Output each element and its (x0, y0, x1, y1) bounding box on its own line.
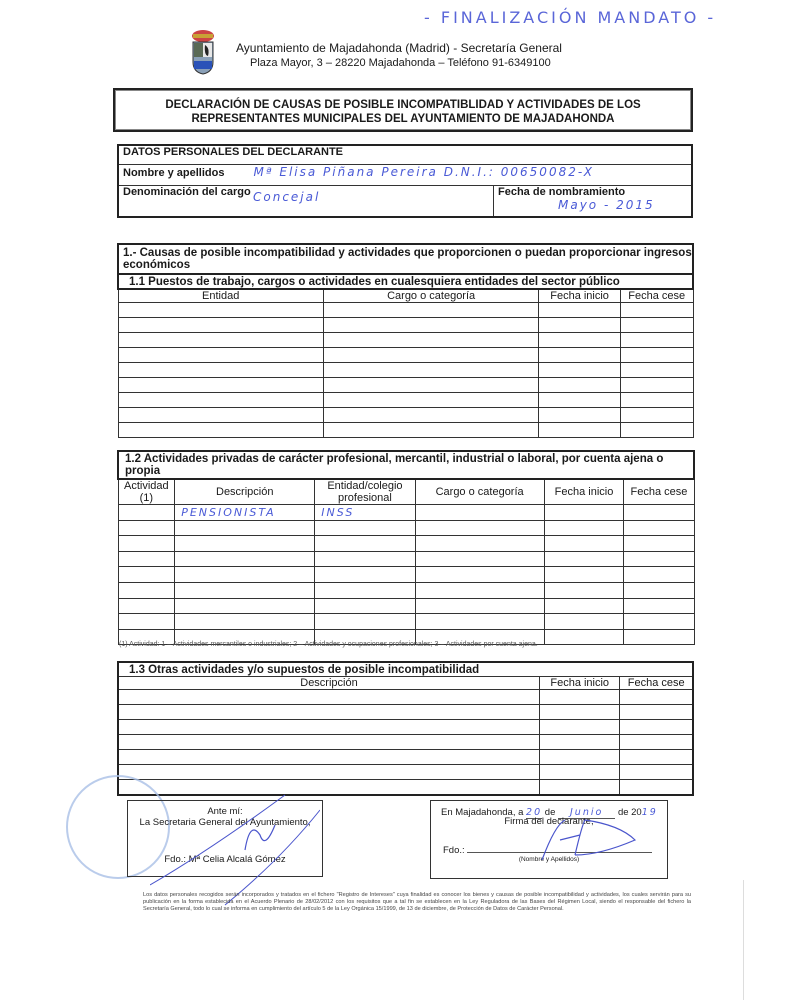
name-field[interactable]: Nombre y apellidos Mª Elisa Piñana Perei… (118, 165, 692, 186)
table-cell[interactable] (118, 614, 175, 630)
table-cell[interactable] (539, 735, 619, 750)
table-cell[interactable] (175, 551, 315, 567)
table-cell[interactable] (620, 735, 693, 750)
table-cell[interactable] (118, 318, 323, 333)
table-cell[interactable] (118, 520, 175, 536)
section-1-1-table: 1.- Causas de posible incompatibilidad y… (117, 243, 694, 438)
cargo-field[interactable]: Denominación del cargo Concejal (118, 186, 494, 218)
table-cell[interactable] (118, 598, 175, 614)
fecha-nombramiento-label: Fecha de nombramiento (498, 186, 691, 198)
section-1-3-table: 1.3 Otras actividades y/o supuestos de p… (117, 661, 694, 796)
table-cell[interactable] (323, 303, 538, 318)
table-cell[interactable] (620, 423, 693, 438)
table-cell[interactable] (544, 520, 624, 536)
column-header: Fecha inicio (539, 289, 621, 303)
column-header: Fecha inicio (544, 479, 624, 505)
table-cell[interactable] (415, 598, 544, 614)
table-cell[interactable] (415, 567, 544, 583)
table-cell[interactable] (624, 520, 694, 536)
table-cell[interactable]: PENSIONISTA (175, 505, 315, 521)
table-row (118, 750, 693, 765)
section-1-1-heading: 1.1 Puestos de trabajo, cargos o activid… (118, 274, 693, 289)
table-cell[interactable] (118, 363, 323, 378)
declarant-signature-icon (540, 815, 640, 865)
table-row (118, 348, 693, 363)
table-cell[interactable] (544, 629, 624, 645)
table-row (118, 363, 693, 378)
table-cell[interactable] (620, 720, 693, 735)
table-row (118, 614, 694, 630)
table-cell[interactable] (415, 551, 544, 567)
table-row (118, 536, 694, 552)
table-cell[interactable] (544, 567, 624, 583)
table-cell[interactable] (118, 505, 175, 521)
table-row (118, 551, 694, 567)
table-row (118, 333, 693, 348)
table-cell[interactable] (620, 705, 693, 720)
table-cell[interactable] (118, 536, 175, 552)
name-label: Nombre y apellidos (123, 167, 224, 179)
table-cell[interactable] (539, 378, 621, 393)
document-title: DECLARACIÓN DE CAUSAS DE POSIBLE INCOMPA… (113, 88, 693, 132)
column-header: Fecha cese (624, 479, 694, 505)
table-cell[interactable] (539, 363, 621, 378)
table-cell[interactable] (620, 690, 693, 705)
table-cell[interactable] (620, 378, 693, 393)
table-cell[interactable] (539, 408, 621, 423)
table-cell[interactable] (415, 582, 544, 598)
table-cell[interactable] (118, 393, 323, 408)
table-cell[interactable] (323, 423, 538, 438)
activity-footnote: (1) Actividad: 1 – Actividades mercantil… (119, 641, 538, 648)
table-cell[interactable] (620, 303, 693, 318)
table-cell[interactable] (620, 318, 693, 333)
column-header: Descripción (118, 677, 539, 690)
table-row (118, 765, 693, 780)
table-row (118, 735, 693, 750)
table-cell[interactable] (624, 536, 694, 552)
section-1-3-heading: 1.3 Otras actividades y/o supuestos de p… (118, 662, 693, 677)
table-cell[interactable] (539, 690, 619, 705)
column-header: Entidad/colegio profesional (315, 479, 415, 505)
table-cell[interactable] (539, 393, 621, 408)
table-cell[interactable] (539, 423, 621, 438)
table-cell[interactable] (175, 520, 315, 536)
table-cell[interactable] (323, 393, 538, 408)
table-cell[interactable] (624, 505, 694, 521)
table-cell[interactable] (620, 363, 693, 378)
header-line-1: Ayuntamiento de Majadahonda (Madrid) - S… (236, 41, 562, 55)
fecha-nombramiento-field[interactable]: Fecha de nombramiento Mayo - 2015 (494, 186, 693, 218)
table-cell[interactable] (118, 303, 323, 318)
table-row (118, 408, 693, 423)
table-cell[interactable] (118, 690, 539, 705)
table-cell[interactable] (315, 536, 415, 552)
title-line-1: DECLARACIÓN DE CAUSAS DE POSIBLE INCOMPA… (115, 98, 691, 112)
handwritten-annotation: - FINALIZACIÓN MANDATO - (424, 8, 716, 27)
table-cell[interactable] (175, 614, 315, 630)
table-cell[interactable] (620, 780, 693, 796)
table-cell[interactable] (415, 536, 544, 552)
table-cell[interactable] (118, 765, 539, 780)
table-cell[interactable] (323, 318, 538, 333)
table-row (118, 567, 694, 583)
table-row (118, 520, 694, 536)
table-cell[interactable] (323, 348, 538, 363)
table-cell[interactable] (620, 348, 693, 363)
table-cell[interactable] (539, 780, 619, 796)
table-cell[interactable] (175, 598, 315, 614)
table-cell[interactable] (118, 705, 539, 720)
column-header: Fecha cese (620, 677, 693, 690)
section-1-2-heading: 1.2 Actividades privadas de carácter pro… (118, 451, 694, 479)
table-cell[interactable] (315, 520, 415, 536)
table-cell[interactable] (175, 567, 315, 583)
data-protection-notice: Los datos personales recogidos serán inc… (143, 892, 691, 914)
table-cell[interactable] (544, 536, 624, 552)
table-cell[interactable] (323, 333, 538, 348)
table-cell[interactable] (539, 318, 621, 333)
table-cell[interactable] (624, 614, 694, 630)
personal-heading: DATOS PERSONALES DEL DECLARANTE (118, 145, 692, 165)
table-cell[interactable] (118, 567, 175, 583)
table-cell[interactable] (544, 551, 624, 567)
table-row (118, 393, 693, 408)
column-header: Entidad (118, 289, 323, 303)
table-row (118, 423, 693, 438)
fdo-label: Fdo.: (443, 845, 465, 856)
column-header: Cargo o categoría (323, 289, 538, 303)
table-cell[interactable]: INSS (315, 505, 415, 521)
table-cell[interactable] (539, 720, 619, 735)
cargo-value: Concejal (253, 190, 493, 204)
column-header: Descripción (175, 479, 315, 505)
table-cell[interactable] (118, 378, 323, 393)
section-1-heading: 1.- Causas de posible incompatibilidad y… (118, 244, 693, 274)
table-cell[interactable] (624, 551, 694, 567)
table-cell[interactable] (315, 598, 415, 614)
header-line-2: Plaza Mayor, 3 – 28220 Majadahonda – Tel… (250, 57, 551, 69)
table-cell[interactable] (118, 408, 323, 423)
personal-data-table: DATOS PERSONALES DEL DECLARANTE Nombre y… (117, 144, 693, 218)
column-header: Fecha cese (620, 289, 693, 303)
scan-edge-line (743, 880, 744, 1000)
table-row (118, 582, 694, 598)
table-cell[interactable] (624, 629, 694, 645)
table-cell[interactable] (539, 348, 621, 363)
table-cell[interactable] (539, 705, 619, 720)
table-cell[interactable] (620, 765, 693, 780)
municipal-crest-icon (190, 28, 216, 76)
table-cell[interactable] (323, 378, 538, 393)
table-cell[interactable] (624, 598, 694, 614)
table-cell[interactable] (415, 614, 544, 630)
title-line-2: REPRESENTANTES MUNICIPALES DEL AYUNTAMIE… (115, 112, 691, 126)
table-row: PENSIONISTAINSS (118, 505, 694, 521)
table-row (118, 690, 693, 705)
name-value: Mª Elisa Piñana Pereira D.N.I.: 00650082… (254, 165, 594, 179)
table-cell[interactable] (415, 505, 544, 521)
table-cell[interactable] (624, 582, 694, 598)
table-cell[interactable] (315, 582, 415, 598)
table-row (118, 378, 693, 393)
table-cell[interactable] (315, 567, 415, 583)
table-cell[interactable] (415, 520, 544, 536)
table-cell[interactable] (620, 393, 693, 408)
table-cell[interactable] (323, 408, 538, 423)
table-cell[interactable] (118, 582, 175, 598)
year-value[interactable]: 19 (642, 807, 658, 818)
table-cell[interactable] (544, 582, 624, 598)
table-cell[interactable] (544, 505, 624, 521)
column-header: Actividad (1) (118, 479, 175, 505)
table-cell[interactable] (544, 614, 624, 630)
table-cell[interactable] (118, 423, 323, 438)
table-cell[interactable] (544, 598, 624, 614)
table-cell[interactable] (539, 333, 621, 348)
table-row (118, 303, 693, 318)
table-cell[interactable] (315, 614, 415, 630)
table-cell[interactable] (620, 750, 693, 765)
table-cell[interactable] (118, 551, 175, 567)
table-cell[interactable] (118, 348, 323, 363)
column-header: Cargo o categoría (415, 479, 544, 505)
table-cell[interactable] (539, 765, 619, 780)
fecha-nombramiento-value: Mayo - 2015 (558, 198, 691, 212)
table-row (118, 318, 693, 333)
table-cell[interactable] (118, 720, 539, 735)
table-cell[interactable] (323, 363, 538, 378)
table-cell[interactable] (539, 750, 619, 765)
column-header: Fecha inicio (539, 677, 619, 690)
table-cell[interactable] (620, 333, 693, 348)
table-cell[interactable] (620, 408, 693, 423)
table-cell[interactable] (539, 303, 621, 318)
table-row (118, 705, 693, 720)
section-1-2-table: 1.2 Actividades privadas de carácter pro… (117, 450, 695, 645)
table-cell[interactable] (175, 536, 315, 552)
table-cell[interactable] (118, 333, 323, 348)
table-cell[interactable] (315, 551, 415, 567)
table-cell[interactable] (624, 567, 694, 583)
table-cell[interactable] (175, 582, 315, 598)
table-cell[interactable] (118, 735, 539, 750)
table-cell[interactable] (118, 750, 539, 765)
table-row (118, 598, 694, 614)
table-row (118, 720, 693, 735)
